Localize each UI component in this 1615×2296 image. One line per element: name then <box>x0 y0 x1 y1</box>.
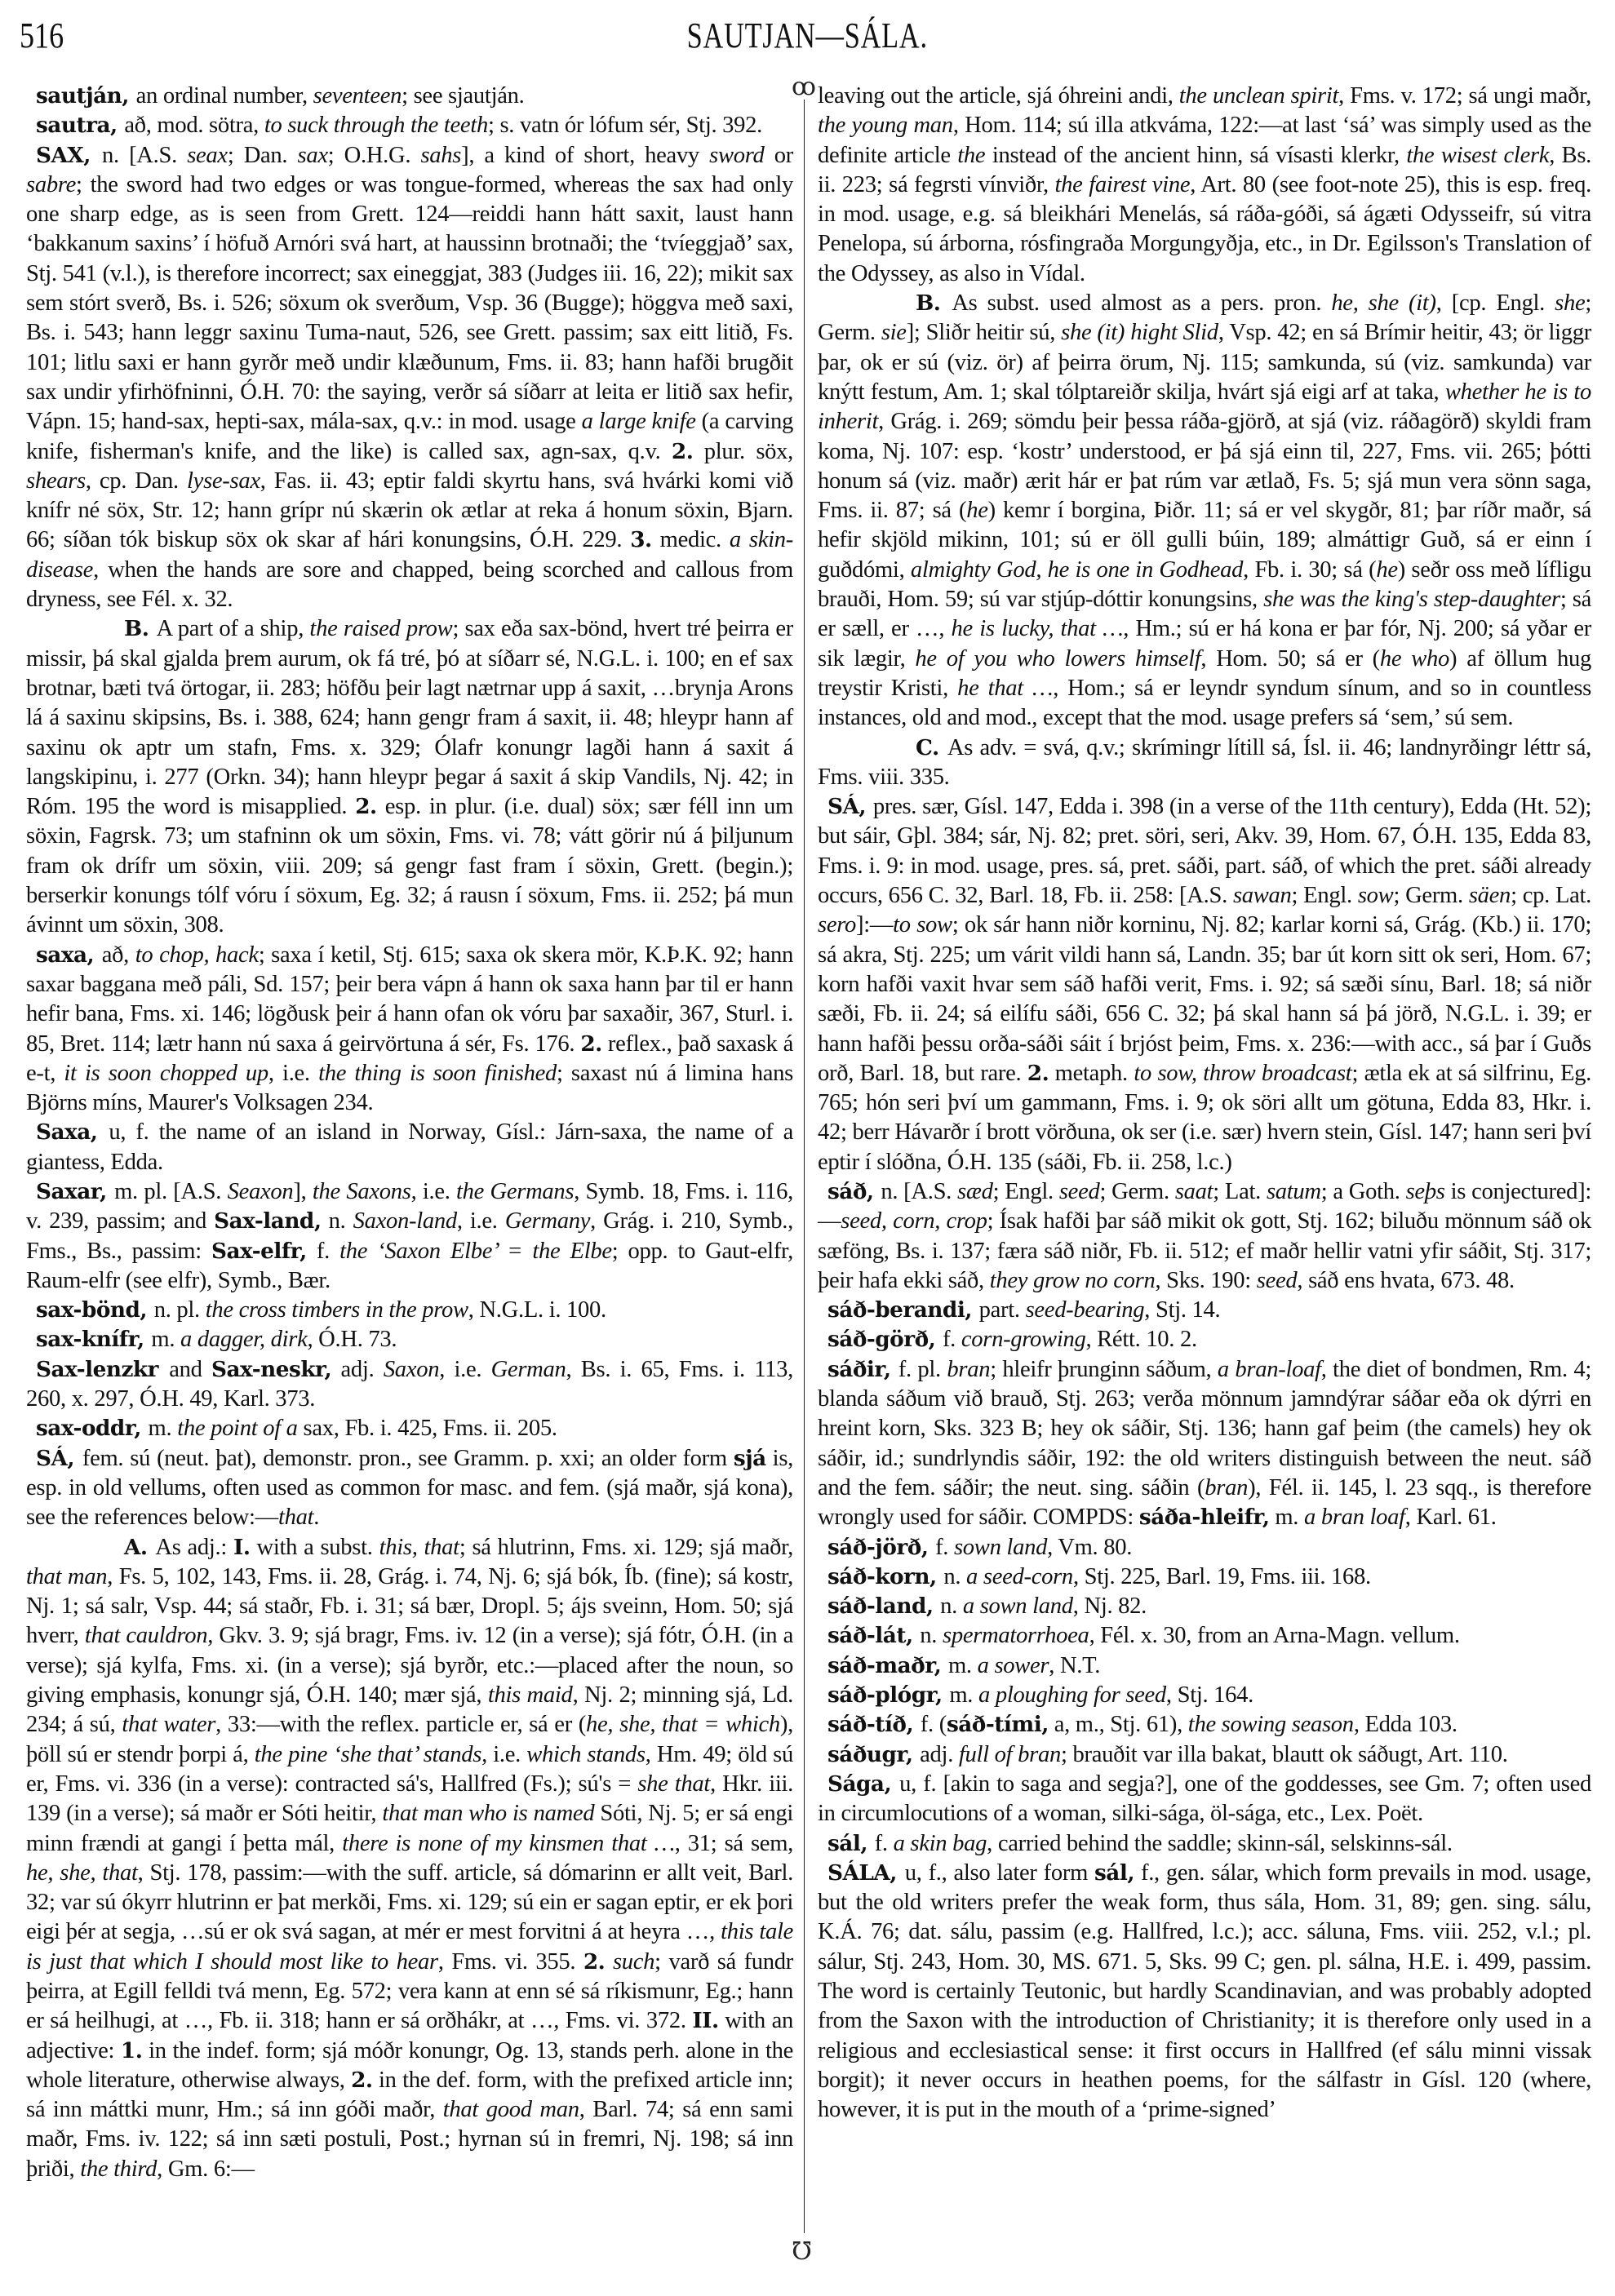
entry-text: u, f. the name of an island in Norway, G… <box>26 1119 793 1174</box>
gloss-italic: which stands <box>526 1742 645 1767</box>
gloss-italic: she that <box>637 1771 710 1797</box>
dictionary-entry: sax-knífr, m. a dagger, dirk, Ó.H. 73. <box>26 1325 793 1354</box>
gloss-italic: a large knife <box>582 409 696 434</box>
entry-text: n. pl. <box>154 1297 206 1323</box>
entry-text: leaving out the article, sjá óhreini and… <box>818 83 1179 109</box>
gloss-italic: the unclean spirit <box>1179 83 1338 109</box>
gloss-italic: sero <box>818 912 856 937</box>
headword: 1. <box>121 2038 142 2063</box>
entry-text: , Rétt. 10. 2. <box>1085 1327 1196 1352</box>
gloss-italic: the young man <box>818 113 953 138</box>
gloss-italic: Seaxon <box>228 1179 294 1204</box>
dictionary-entry: Sága, u, f. [akin to saga and segja?], o… <box>818 1770 1591 1829</box>
gloss-italic: she <box>1555 290 1585 316</box>
gloss-italic: seax <box>187 143 228 168</box>
entry-text: , N.T. <box>1049 1653 1100 1678</box>
running-head: SAUTJAN—SÁLA. <box>0 15 1615 56</box>
gloss-italic: a sower <box>978 1653 1049 1678</box>
gloss-italic: that man <box>26 1564 107 1589</box>
gloss-italic: it is soon chopped up <box>64 1061 268 1086</box>
dictionary-entry: SÁ, pres. sær, Gísl. 147, Edda i. 398 (i… <box>818 792 1591 1177</box>
entry-text: , N.G.L. i. 100. <box>468 1297 606 1323</box>
entry-text: ; Lat. <box>1213 1179 1267 1204</box>
entry-text: ; Germ. <box>1099 1179 1174 1204</box>
headword: B. <box>916 290 952 316</box>
gloss-italic: Saxon-land <box>353 1208 457 1234</box>
column-divider <box>804 100 805 2233</box>
dictionary-entry: sáð-tíð, f. (sáð-tími, a, m., Stj. 61), … <box>818 1710 1591 1740</box>
entry-text: , Vm. 80. <box>1047 1535 1132 1560</box>
entry-text: . <box>313 1505 319 1530</box>
gloss-italic: a dagger, dirk <box>180 1327 307 1352</box>
entry-text: medic. <box>652 527 730 552</box>
entry-text: ; the sword had two edges or was tongue-… <box>26 172 793 434</box>
headword: sáð-lát, <box>827 1623 920 1648</box>
entry-text: , Karl. 61. <box>1405 1505 1497 1530</box>
dictionary-entry: C. As adv. = svá, q.v.; skrímingr lítill… <box>818 734 1591 793</box>
dictionary-entry: sáð-görð, f. corn-growing, Rétt. 10. 2. <box>818 1325 1591 1354</box>
entry-text: n. <box>943 1564 966 1589</box>
dictionary-entry: sáð-maðr, m. a sower, N.T. <box>818 1651 1591 1681</box>
gloss-italic: he, she, that <box>26 1860 138 1886</box>
entry-text: , i.e. <box>457 1208 505 1234</box>
dictionary-entry: sax-bönd, n. pl. the cross timbers in th… <box>26 1296 793 1325</box>
entry-text: ; brauðit var illa bakat, blautt ok sáðu… <box>1061 1742 1508 1767</box>
dictionary-entry: sáð-berandi, part. seed-bearing, Stj. 14… <box>818 1296 1591 1325</box>
dictionary-entry: sáðugr, adj. full of bran; brauðit var i… <box>818 1740 1591 1770</box>
dictionary-entry: SÁ, fem. sú (neut. þat), demonstr. pron.… <box>26 1444 793 1533</box>
headword: B. <box>124 616 157 641</box>
headword: sáðir, <box>827 1357 898 1382</box>
entry-text: and <box>169 1357 211 1382</box>
headword: Saxar, <box>36 1179 114 1204</box>
gloss-italic: sow <box>1358 883 1394 908</box>
gloss-italic: to suck through the teeth <box>264 113 488 138</box>
page-header: 516 SAUTJAN—SÁLA. <box>0 0 1615 73</box>
gloss-italic: bran <box>947 1357 990 1382</box>
gloss-italic: such <box>613 1949 654 1975</box>
gloss-italic: to sow, throw broadcast <box>1134 1061 1351 1086</box>
headword: A. <box>124 1535 155 1560</box>
entry-text: u, f. [akin to saga and segja?], one of … <box>818 1771 1591 1826</box>
gloss-italic: spermatorrhoea <box>943 1623 1089 1648</box>
gloss-italic: Germany <box>505 1208 590 1234</box>
headword: Sax-lenzkr <box>36 1357 169 1382</box>
headword: sáð-tíð, <box>827 1712 921 1737</box>
gloss-italic: that good man <box>443 2097 579 2122</box>
gloss-italic: they grow no corn <box>990 1268 1156 1293</box>
gloss-italic: seed-bearing <box>1026 1297 1145 1323</box>
entry-text: a, m., Stj. 61), <box>1049 1712 1188 1737</box>
headword: 3. <box>630 527 651 552</box>
entry-text: ], a kind of short, heavy <box>461 143 709 168</box>
entry-text: part. <box>979 1297 1026 1323</box>
headword: sál, <box>827 1831 875 1856</box>
headword: sál, <box>1094 1860 1134 1886</box>
headword: Sága, <box>827 1771 899 1797</box>
gloss-italic: seþs <box>1406 1179 1445 1204</box>
dictionary-entry: Saxa, u, f. the name of an island in Nor… <box>26 1118 793 1177</box>
headword: SÁ, <box>827 794 873 819</box>
dictionary-entry: sautra, að, mod. sötra, to suck through … <box>26 111 793 140</box>
entry-text: f. <box>943 1327 961 1352</box>
gloss-italic: seventeen <box>313 83 402 109</box>
dictionary-entry: B. A part of a ship, the raised prow; sa… <box>26 614 793 940</box>
gloss-italic: a bran loaf <box>1304 1505 1405 1530</box>
entry-text: m. <box>1269 1505 1304 1530</box>
dictionary-entry: Sax-lenzkr and Sax-neskr, adj. Saxon, i.… <box>26 1355 793 1415</box>
gloss-italic: the thing is soon finished <box>318 1061 557 1086</box>
entry-text: , Stj. 178, passim:—with the suff. artic… <box>26 1860 793 1945</box>
dictionary-entry: A. As adj.: I. with a subst. this, that;… <box>26 1533 793 2185</box>
entry-text: ; O.H.G. <box>328 143 421 168</box>
gloss-italic: the third <box>80 2156 157 2182</box>
entry-text: , Sks. 190: <box>1155 1268 1256 1293</box>
entry-text: n. <box>920 1623 943 1648</box>
dictionary-entry: sáð-land, n. a sown land, Nj. 82. <box>818 1592 1591 1621</box>
entry-text: , Stj. 14. <box>1144 1297 1220 1323</box>
headword: sáða-hleifr, <box>1139 1505 1270 1530</box>
gloss-italic: the wisest clerk <box>1406 143 1549 168</box>
entry-text: fem. sú (neut. þat), demonstr. pron., se… <box>82 1446 734 1471</box>
headword: 2. <box>1027 1061 1049 1086</box>
entry-text: , Nj. 82. <box>1073 1593 1147 1619</box>
gloss-italic: sax <box>298 143 328 168</box>
gloss-italic: almighty God, he is one in Godhead <box>911 557 1243 583</box>
dictionary-entry: sautján, an ordinal number, seventeen; s… <box>26 82 793 111</box>
gloss-italic: a bran-loaf <box>1218 1357 1321 1382</box>
gloss-italic: that cauldron <box>85 1623 207 1648</box>
gloss-italic: to chop, hack <box>135 942 259 968</box>
left-column: sautján, an ordinal number, seventeen; s… <box>26 82 793 2184</box>
entry-text: n. [A.S. <box>102 143 187 168</box>
entry-text: , cp. Dan. <box>86 468 187 494</box>
headword: sáð-maðr, <box>827 1653 948 1678</box>
dictionary-entry: sál, f. a skin bag, carried behind the s… <box>818 1829 1591 1859</box>
entry-text: f. ( <box>921 1712 947 1737</box>
headword: 2. <box>355 794 376 819</box>
entry-text: , Edda 103. <box>1354 1712 1457 1737</box>
dictionary-entry: sáð-jörð, f. sown land, Vm. 80. <box>818 1533 1591 1562</box>
headword: sáð-berandi, <box>827 1297 979 1323</box>
headword: SÁ, <box>36 1446 82 1471</box>
gloss-italic: shears <box>26 468 86 494</box>
headword: sáð, <box>827 1179 881 1204</box>
gloss-italic: he, she (it) <box>1331 290 1435 316</box>
entry-text: , Hom. 50; sá er ( <box>1200 646 1380 672</box>
gloss-italic: Saxon <box>384 1357 439 1382</box>
gloss-italic: she (it) hight Slid <box>1061 320 1218 345</box>
entry-text: ; Dan. <box>228 143 298 168</box>
headword: II. <box>692 2008 718 2033</box>
dictionary-entry: sáð-korn, n. a seed-corn, Stj. 225, Barl… <box>818 1562 1591 1592</box>
entry-text: ; cp. Lat. <box>1511 883 1591 908</box>
entry-text: , i.e. <box>411 1179 456 1204</box>
gloss-italic: sword <box>709 143 764 168</box>
headword: I. <box>233 1535 250 1560</box>
gloss-italic: a sown land <box>963 1593 1073 1619</box>
gloss-italic: a skin bag <box>894 1831 987 1856</box>
gloss-italic: corn-growing <box>961 1327 1086 1352</box>
entry-text: , sáð ens hvata, 673. 48. <box>1297 1268 1514 1293</box>
entry-text: að, mod. sötra, <box>124 113 264 138</box>
column-ornament-top-icon: ꝏ <box>792 75 816 100</box>
headword: sáð-korn, <box>827 1564 943 1589</box>
gloss-italic: he of you who lowers himself <box>915 646 1200 672</box>
gloss-italic: a ploughing for seed <box>978 1682 1166 1708</box>
entry-text: m. <box>949 1682 978 1708</box>
gloss-italic: that water <box>122 1712 215 1737</box>
gloss-italic: the Germans <box>456 1179 574 1204</box>
gloss-italic: seed <box>1059 1179 1100 1204</box>
headword: C. <box>916 735 947 760</box>
entry-text: ; s. vatn ór lófum sér, Stj. 392. <box>488 113 762 138</box>
entry-text: , carried behind the saddle; skinn-sál, … <box>987 1831 1453 1856</box>
headword: 2. <box>583 1949 605 1975</box>
entry-text: , when the hands are sore and chapped, b… <box>26 557 793 612</box>
entry-text: m. <box>149 1416 178 1441</box>
headword: 2. <box>580 1031 601 1057</box>
entry-text: ; sá hlutrinn, Fms. xi. 129; sjá maðr, <box>459 1535 793 1560</box>
entry-text: sax, Fb. i. 425, Fms. ii. 205. <box>298 1416 557 1441</box>
headword: Sax-elfr, <box>211 1239 307 1264</box>
entry-text: ]; Sliðr heitir sú, <box>907 320 1061 345</box>
headword: sax-bönd, <box>36 1297 154 1323</box>
gloss-italic: sahs <box>420 143 461 168</box>
headword: sautra, <box>36 113 124 138</box>
gloss-italic: that <box>278 1505 313 1530</box>
gloss-italic: saat <box>1175 1179 1213 1204</box>
gloss-italic: satum <box>1267 1179 1321 1204</box>
entry-text: , Gm. 6:— <box>157 2156 255 2182</box>
gloss-italic: he that … <box>957 676 1053 701</box>
entry-text: plur. söx, <box>693 439 793 464</box>
entry-text: , Stj. 225, Barl. 19, Fms. iii. 168. <box>1073 1564 1371 1589</box>
dictionary-entry: B. As subst. used almost as a pers. pron… <box>818 289 1591 733</box>
gloss-italic: the raised prow <box>309 616 452 641</box>
headword: sáð-görð, <box>827 1327 943 1352</box>
entry-text: f. pl. <box>898 1357 947 1382</box>
entry-text: f., gen. sálar, which form prevails in m… <box>818 1860 1591 2122</box>
entry-text: ; Engl. <box>1292 883 1358 908</box>
gloss-italic: the cross timbers in the prow <box>206 1297 468 1323</box>
entry-text: , Fms. v. 172; sá ungi maðr, <box>1338 83 1591 109</box>
entry-text: ; see sjautján. <box>402 83 524 109</box>
entry-text: f. <box>935 1535 954 1560</box>
entry-text: ; a Goth. <box>1321 1179 1406 1204</box>
entry-text: ]:— <box>856 912 893 937</box>
entry-text: n. <box>321 1208 353 1234</box>
entry-text: A part of a ship, <box>157 616 310 641</box>
entry-text: n. <box>940 1593 963 1619</box>
gloss-italic: seed, corn, crop <box>841 1208 987 1234</box>
gloss-italic: sie <box>881 320 907 345</box>
headword: sautján, <box>36 83 136 109</box>
gloss-italic: sæd <box>957 1179 993 1204</box>
column-ornament-bottom-icon: ℧ <box>792 2240 812 2264</box>
entry-text: f. <box>875 1831 894 1856</box>
gloss-italic: bran <box>1205 1475 1248 1500</box>
headword: sax-knífr, <box>36 1327 151 1352</box>
entry-text: m. <box>151 1327 180 1352</box>
entry-text: u, f., also later form <box>905 1860 1094 1886</box>
headword: Saxa, <box>36 1119 109 1145</box>
gloss-italic: the sowing season <box>1188 1712 1354 1737</box>
entry-text: f. <box>307 1239 339 1264</box>
entry-text: , 31; sá sem, <box>675 1831 793 1856</box>
gloss-italic: he <box>1376 557 1397 583</box>
entry-text: with a subst. <box>251 1535 379 1560</box>
headword: sax-oddr, <box>36 1416 149 1441</box>
dictionary-entry: Saxar, m. pl. [A.S. Seaxon], the Saxons,… <box>26 1177 793 1296</box>
gloss-italic: the point of a <box>177 1416 298 1441</box>
dictionary-entry: SÁLA, u, f., also later form sál, f., ge… <box>818 1859 1591 2125</box>
gloss-italic: she was the king's step-daughter <box>1263 587 1560 612</box>
headword: sjá <box>734 1446 766 1471</box>
dictionary-entry: leaving out the article, sjá óhreini and… <box>818 82 1591 289</box>
headword: Sax-land, <box>214 1208 321 1234</box>
gloss-italic: the ‘Saxon Elbe’ = the Elbe <box>339 1239 612 1264</box>
entry-text: , [cp. Engl. <box>1436 290 1555 316</box>
dictionary-entry: saxa, að, to chop, hack; saxa í ketil, S… <box>26 941 793 1119</box>
gloss-italic: this maid <box>488 1682 573 1708</box>
running-head-text: SAUTJAN—SÁLA. <box>687 15 928 56</box>
entry-text: , Ó.H. 73. <box>307 1327 397 1352</box>
entry-text: , i.e. <box>481 1742 526 1767</box>
entry-text: , Stj. 164. <box>1166 1682 1253 1708</box>
dictionary-entry: sáð, n. [A.S. sæd; Engl. seed; Germ. saa… <box>818 1177 1591 1296</box>
gloss-italic: seed <box>1257 1268 1298 1293</box>
entry-text: að, <box>102 942 135 968</box>
entry-text: , i.e. <box>268 1061 318 1086</box>
gloss-italic: lyse-sax <box>187 468 260 494</box>
gloss-italic: he is lucky, that … <box>952 616 1124 641</box>
entry-text: , i.e. <box>439 1357 490 1382</box>
gloss-italic: sown land <box>954 1535 1047 1560</box>
entry-text <box>605 1949 613 1975</box>
gloss-italic: a seed-corn <box>966 1564 1073 1589</box>
gloss-italic: the pine ‘she that’ stands <box>255 1742 481 1767</box>
gloss-italic: the Saxons <box>313 1179 411 1204</box>
right-column: leaving out the article, sjá óhreini and… <box>818 82 1591 2125</box>
gloss-italic: the <box>957 143 985 168</box>
entry-text: ; Germ. <box>1393 883 1468 908</box>
entry-text: an ordinal number, <box>136 83 313 109</box>
entry-text: adj. <box>331 1357 384 1382</box>
entry-text: m. pl. [A.S. <box>114 1179 227 1204</box>
headword: sáð-jörð, <box>827 1535 935 1560</box>
entry-text: ; hleifr þrunginn sáðum, <box>990 1357 1218 1382</box>
headword: 2. <box>351 2068 372 2093</box>
entry-text: ], <box>293 1179 313 1204</box>
entry-text: n. [A.S. <box>881 1179 957 1204</box>
entry-text: , Fms. vi. 355. <box>438 1949 583 1975</box>
gloss-italic: that man who is named <box>382 1801 594 1826</box>
gloss-italic: sabre <box>26 172 76 197</box>
dictionary-entry: sax-oddr, m. the point of a sax, Fb. i. … <box>26 1414 793 1443</box>
gloss-italic: full of bran <box>959 1742 1061 1767</box>
gloss-italic: säen <box>1469 883 1511 908</box>
gloss-italic: sawan <box>1233 883 1292 908</box>
headword: SÁLA, <box>827 1860 905 1886</box>
gloss-italic: the fairest vine <box>1055 172 1191 197</box>
headword: sáð-land, <box>827 1593 940 1619</box>
dictionary-entry: SAX, n. [A.S. seax; Dan. sax; O.H.G. sah… <box>26 141 793 615</box>
entry-text: m. <box>948 1653 978 1678</box>
entry-text: , 33:—with the reflex. particle er, sá e… <box>215 1712 586 1737</box>
gloss-italic: to sow <box>893 912 952 937</box>
entry-text: metaph. <box>1049 1061 1134 1086</box>
gloss-italic: he <box>966 498 987 523</box>
headword: sáð-tími, <box>947 1712 1049 1737</box>
entry-text: adj. <box>920 1742 959 1767</box>
headword: sáð-plógr, <box>827 1682 949 1708</box>
dictionary-entry: sáð-plógr, m. a ploughing for seed, Stj.… <box>818 1681 1591 1710</box>
headword: Sax-neskr, <box>211 1357 331 1382</box>
entry-text: ; Engl. <box>993 1179 1059 1204</box>
headword: SAX, <box>36 143 102 168</box>
headword: 2. <box>672 439 693 464</box>
gloss-italic: German <box>491 1357 566 1382</box>
entry-text: , Fb. i. 30; sá ( <box>1243 557 1376 583</box>
gloss-italic: he who <box>1380 646 1449 672</box>
entry-text: ; sax eða sax-bönd, hvert tré þeirra er … <box>26 616 793 819</box>
headword: saxa, <box>36 942 102 968</box>
dictionary-entry: sáðir, f. pl. bran; hleifr þrunginn sáðu… <box>818 1355 1591 1533</box>
gloss-italic: he, she, that = which <box>586 1712 780 1737</box>
entry-text: As subst. used almost as a pers. pron. <box>952 290 1331 316</box>
entry-text: As adj.: <box>155 1535 233 1560</box>
gloss-italic: this, that <box>379 1535 459 1560</box>
headword: sáðugr, <box>827 1742 920 1767</box>
entry-text: or <box>765 143 793 168</box>
dictionary-entry: sáð-lát, n. spermatorrhoea, Fél. x. 30, … <box>818 1621 1591 1651</box>
entry-text: , Fél. x. 30, from an Arna-Magn. vellum. <box>1089 1623 1460 1648</box>
gloss-italic: there is none of my kinsmen that … <box>342 1831 675 1856</box>
entry-text: instead of the ancient hinn, sá vísasti … <box>985 143 1406 168</box>
